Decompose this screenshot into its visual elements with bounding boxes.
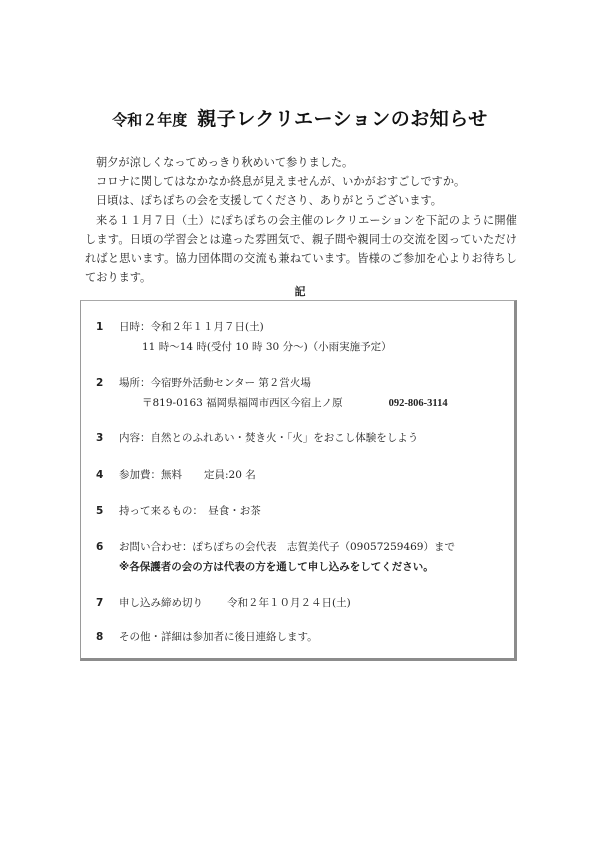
item-address-line: 〒819-0163 福岡県福岡市西区今宿上ノ原092-806-3114 [142, 393, 448, 414]
item-other: その他・詳細は参加者に後日連絡します。 [119, 627, 318, 647]
item-capacity: 定員:20 名 [204, 469, 256, 481]
intro-paragraph: 朝夕が涼しくなってめっきり秋めいて参りました。 [85, 153, 517, 172]
item-number: 1 [96, 317, 103, 337]
title-prefix: 令和２年度 [112, 111, 187, 129]
item-place: 場所：今宿野外活動センター 第２営火場 [119, 373, 311, 393]
item-number: 7 [96, 593, 103, 613]
item-number: 8 [96, 627, 103, 647]
item-note: ※各保護者の会の方は代表の方を通して申し込みをしてください。 [119, 557, 434, 577]
intro-text: 朝夕が涼しくなってめっきり秋めいて参りました。 コロナに関してはなかなか終息が見… [85, 153, 517, 287]
item-time: 11 時〜14 時(受付 10 時 30 分〜)（小雨実施予定） [142, 337, 392, 357]
item-number: 3 [96, 428, 103, 448]
item-deadline-label: 申し込み締め切り [119, 597, 203, 609]
intro-paragraph: 日頃は、ぽちぽちの会を支援してくださり、ありがとうございます。 [85, 191, 517, 210]
item-number: 2 [96, 373, 103, 393]
page-title: 令和２年度親子レクリエーションのお知らせ [0, 104, 600, 131]
item-number: 6 [96, 537, 103, 557]
item-deadline-date: 令和２年１０月２４日(土) [227, 597, 351, 609]
item-number: 5 [96, 501, 103, 521]
item-content: 内容：自然とのふれあい・焚き火・「火」をおこし体験をしよう [119, 428, 418, 448]
item-address: 〒819-0163 福岡県福岡市西区今宿上ノ原 [142, 397, 343, 409]
item-fee-capacity: 参加費：無料定員:20 名 [119, 465, 256, 485]
item-number: 4 [96, 465, 103, 485]
item-deadline: 申し込み締め切り令和２年１０月２４日(土) [119, 593, 351, 613]
item-phone: 092-806-3114 [389, 398, 448, 409]
item-contact: お問い合わせ：ぽちぽちの会代表 志賀美代子（09057259469）まで [119, 537, 455, 557]
item-belongings: 持って来るもの： 昼食・お茶 [119, 501, 261, 521]
intro-paragraph: 来る１１月７日（土）にぽちぽちの会主催のレクリエーションを下記のように開催します… [85, 211, 517, 288]
title-main: 親子レクリエーションのお知らせ [197, 108, 487, 130]
item-fee: 参加費：無料 [119, 469, 182, 481]
item-date: 日時：令和２年１１月７日(土) [119, 317, 264, 337]
intro-paragraph: コロナに関してはなかなか終息が見えませんが、いかがおすごしですか。 [85, 172, 517, 191]
ki-heading: 記 [0, 283, 600, 299]
